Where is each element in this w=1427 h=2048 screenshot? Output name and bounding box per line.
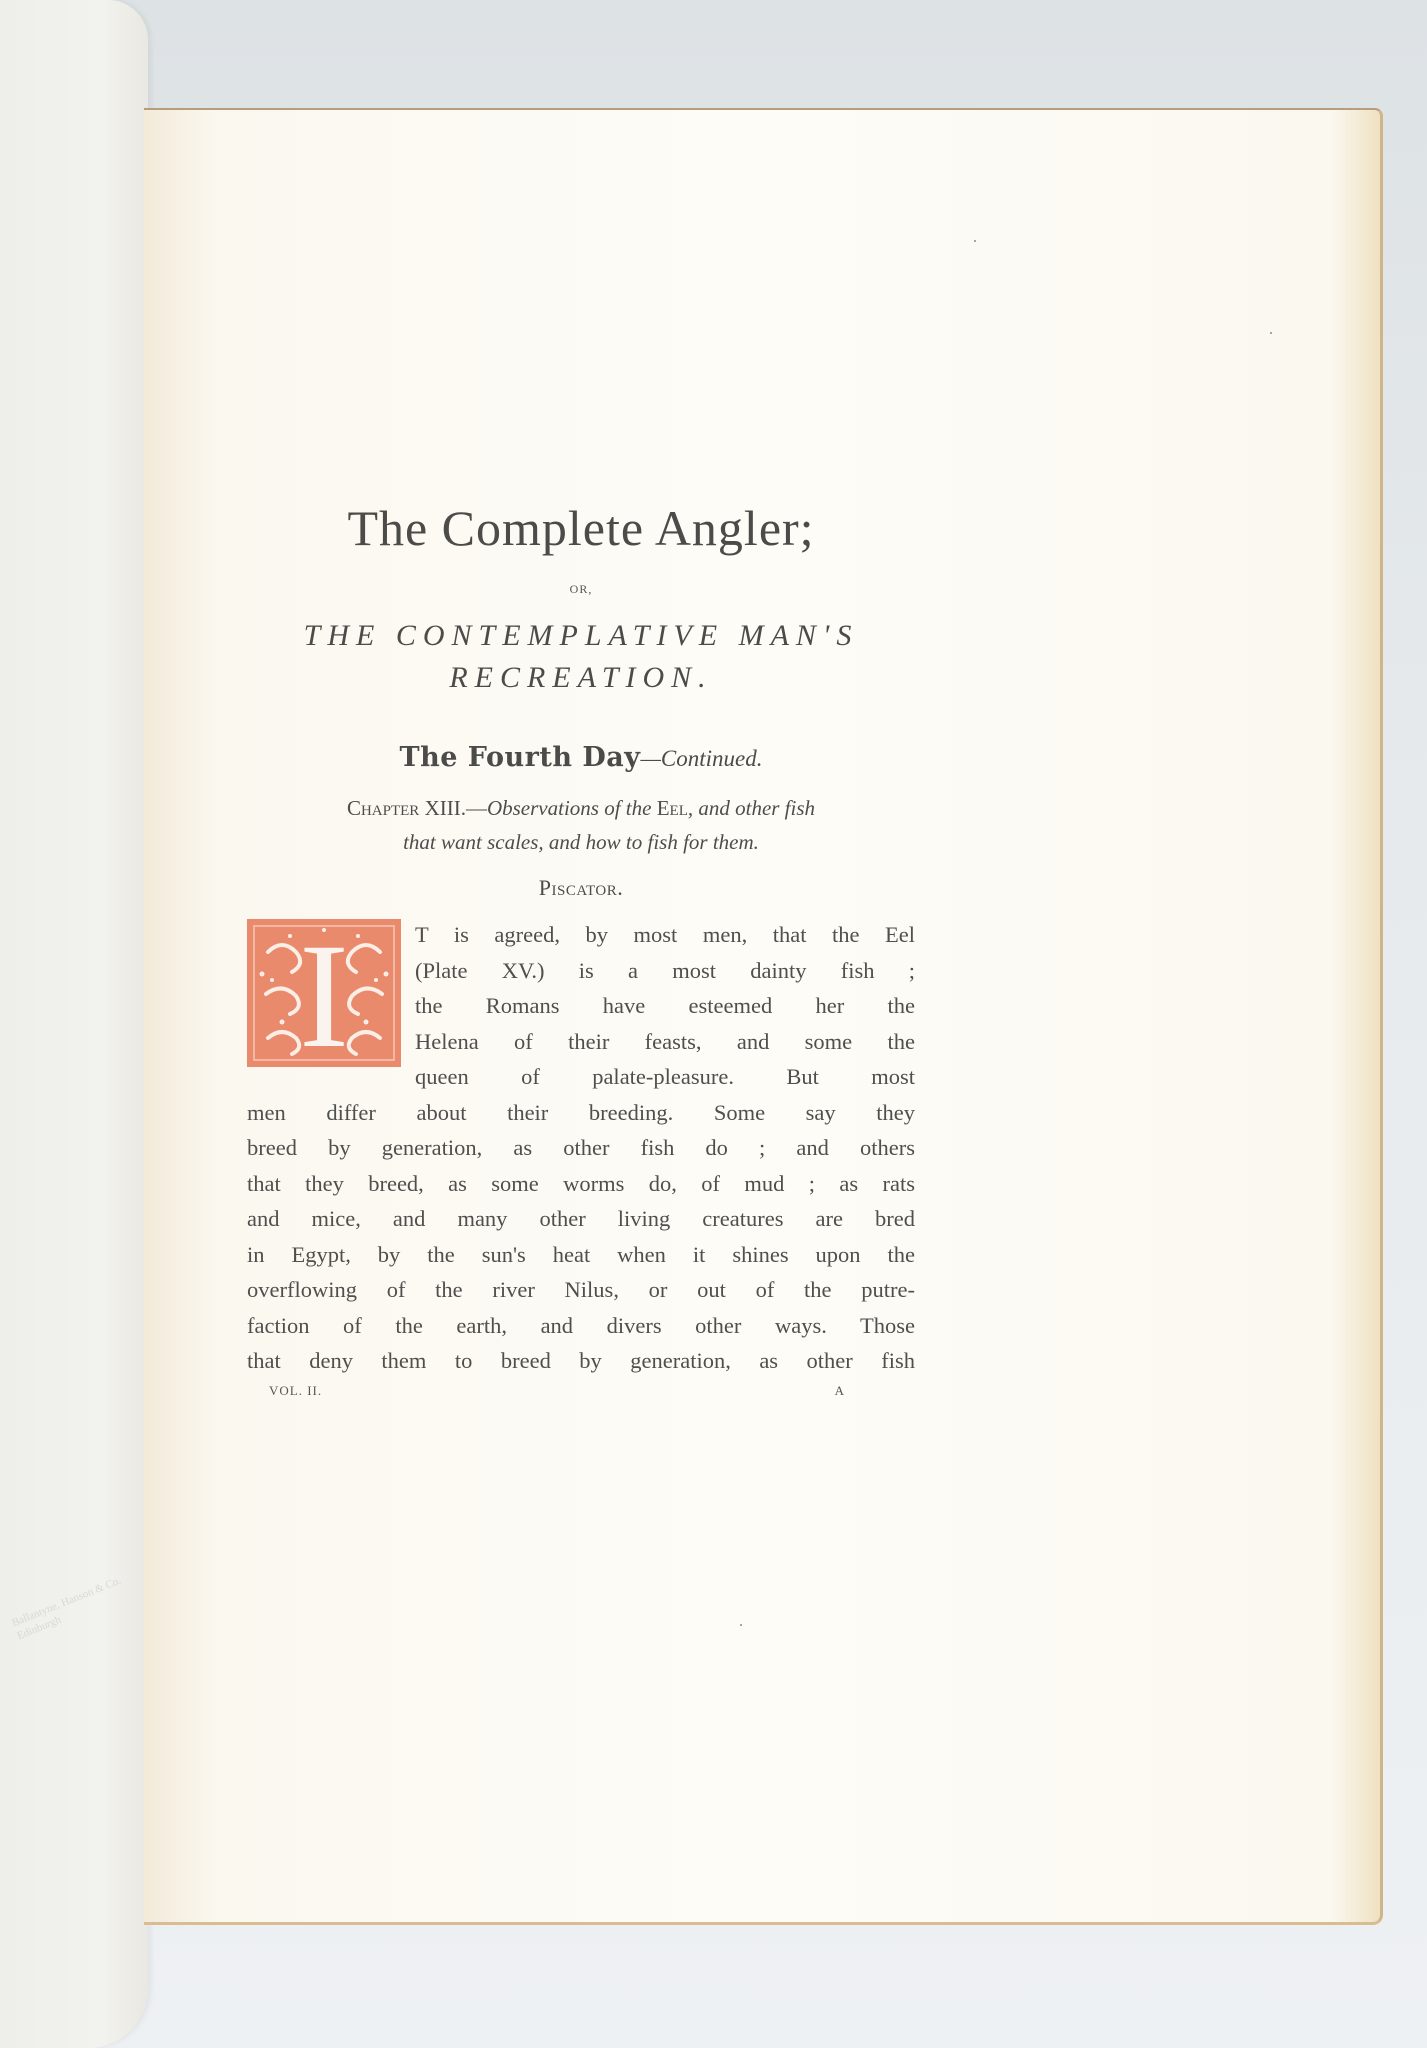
chapter-heading: Chapter XIII.—Observations of the Eel, a… (247, 791, 915, 859)
text-line: faction of the earth, and divers other w… (247, 1308, 915, 1344)
page-footer: VOL. II. A (247, 1383, 915, 1399)
faint-imprint: Ballantyne, Hanson & Co. Edinburgh (10, 1565, 150, 1643)
volume-signature: VOL. II. (269, 1383, 322, 1399)
day-continued: —Continued. (640, 746, 762, 771)
day-title: The Fourth Day (400, 742, 641, 773)
subtitle-line-1: THE CONTEMPLATIVE MAN'S (247, 615, 915, 657)
day-heading: The Fourth Day—Continued. (247, 739, 915, 777)
page-text: The Complete Angler; OR, THE CONTEMPLATI… (247, 480, 915, 1399)
paper-speck (740, 1624, 742, 1626)
text-line: overflowing of the river Nilus, or out o… (247, 1272, 915, 1308)
text-line: breed by generation, as other fish do ; … (247, 1130, 915, 1166)
chapter-desc-2: , and other fish (688, 796, 815, 820)
ornamental-drop-cap: I (247, 919, 401, 1067)
book-subtitle: THE CONTEMPLATIVE MAN'S RECREATION. (247, 615, 915, 699)
text-line: that deny them to breed by generation, a… (247, 1343, 915, 1379)
chapter-desc-1: Observations of the (487, 796, 651, 820)
paper-speck (1270, 332, 1272, 334)
drop-cap-letter: I (250, 928, 398, 1064)
chapter-eel: Eel (657, 796, 688, 820)
chapter-label: Chapter XIII. (347, 796, 466, 820)
book-title: The Complete Angler; (247, 498, 915, 558)
chapter-dash: — (466, 796, 487, 820)
subtitle-line-2: RECREATION. (247, 657, 915, 699)
or-separator: OR, (247, 582, 915, 597)
text-line: and mice, and many other living creature… (247, 1201, 915, 1237)
text-line: men differ about their breeding. Some sa… (247, 1095, 915, 1131)
paper-speck (974, 240, 976, 242)
speaker-name: Piscator. (247, 875, 915, 901)
text-line: in Egypt, by the sun's heat when it shin… (247, 1237, 915, 1273)
left-page-edge: Ballantyne, Hanson & Co. Edinburgh (0, 0, 148, 2048)
body-paragraph: I T is agreed, by most men, that the Eel… (247, 917, 915, 1379)
gathering-signature: A (835, 1383, 845, 1399)
text-line: that they breed, as some worms do, of mu… (247, 1166, 915, 1202)
chapter-desc-line-2: that want scales, and how to fish for th… (403, 830, 759, 854)
